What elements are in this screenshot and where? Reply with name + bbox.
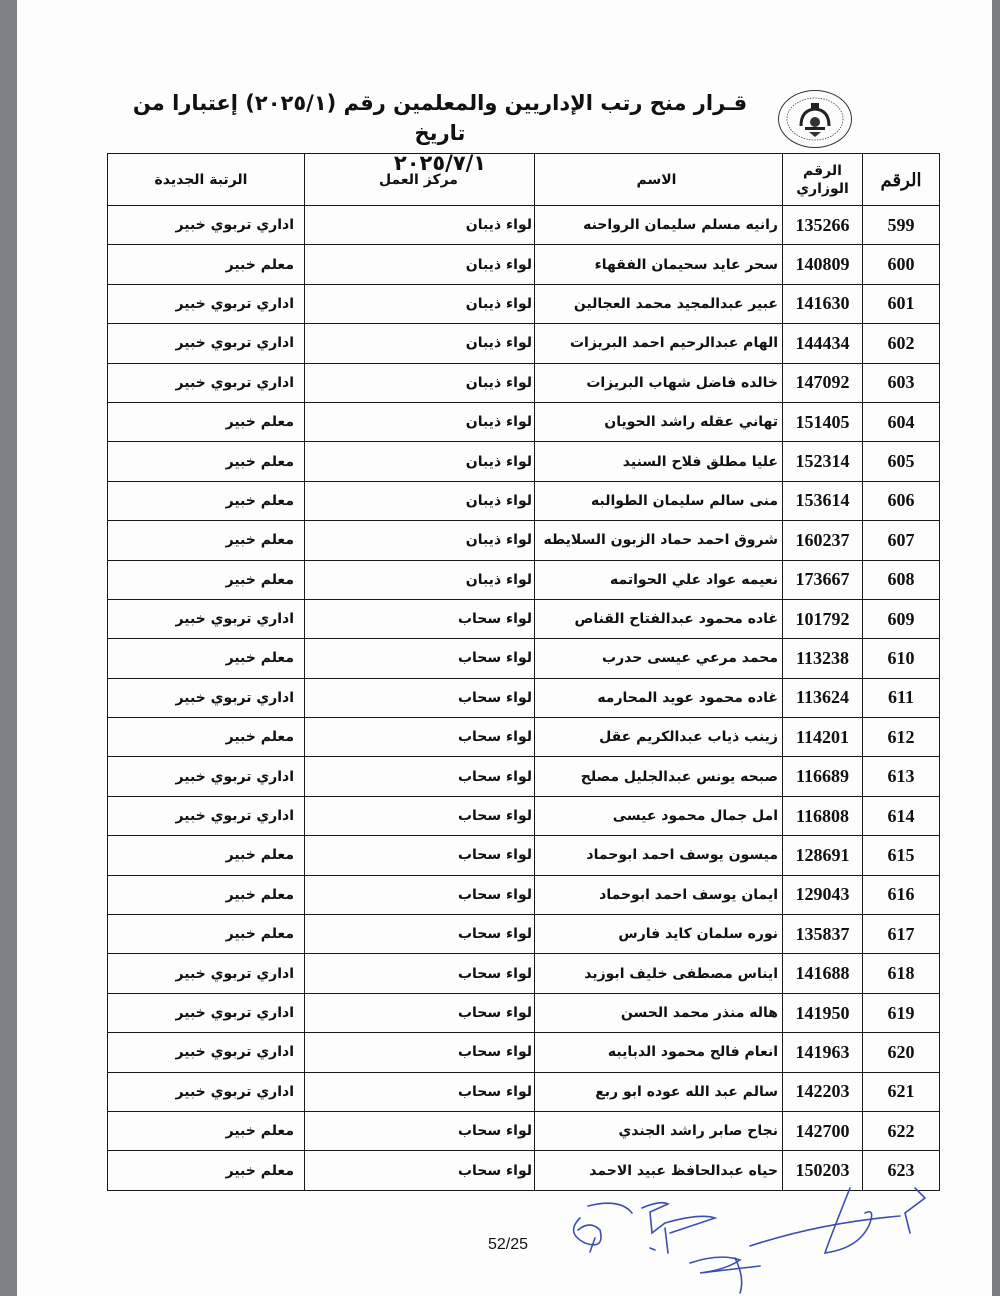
cell-seq: 600 <box>863 245 940 284</box>
cell-work-center: لواء سحاب <box>305 1072 535 1111</box>
cell-name: خالده فاضل شهاب البريزات <box>535 363 783 402</box>
cell-seq: 609 <box>863 599 940 638</box>
cell-new-rank: اداري تربوي خبير <box>108 599 305 638</box>
cell-ministry-no: 113238 <box>783 639 863 678</box>
cell-name: هاله منذر محمد الحسن <box>535 993 783 1032</box>
cell-name: سحر عايد سحيمان الفقهاء <box>535 245 783 284</box>
cell-new-rank: معلم خبير <box>108 1111 305 1150</box>
table-row: 611113624غاده محمود عويد المحارمهلواء سح… <box>108 678 940 717</box>
cell-name: سالم عبد الله عوده ابو ربع <box>535 1072 783 1111</box>
cell-ministry-no: 147092 <box>783 363 863 402</box>
cell-work-center: لواء ذيبان <box>305 206 535 245</box>
title-line-1: قـرار منح رتب الإداريين والمعلمين رقم (٢… <box>133 91 747 145</box>
cell-ministry-no: 140809 <box>783 245 863 284</box>
cell-seq: 602 <box>863 324 940 363</box>
cell-work-center: لواء ذيبان <box>305 481 535 520</box>
cell-name: محمد مرعي عيسى حدرب <box>535 639 783 678</box>
cell-new-rank: معلم خبير <box>108 875 305 914</box>
cell-seq: 614 <box>863 796 940 835</box>
cell-work-center: لواء سحاب <box>305 993 535 1032</box>
cell-work-center: لواء سحاب <box>305 875 535 914</box>
table-row: 610113238محمد مرعي عيسى حدربلواء سحابمعل… <box>108 639 940 678</box>
cell-seq: 610 <box>863 639 940 678</box>
cell-ministry-no: 142203 <box>783 1072 863 1111</box>
table-row: 599135266رانيه مسلم سليمان الرواحنهلواء … <box>108 206 940 245</box>
cell-work-center: لواء سحاب <box>305 954 535 993</box>
cell-work-center: لواء ذيبان <box>305 402 535 441</box>
cell-work-center: لواء ذيبان <box>305 560 535 599</box>
cell-seq: 607 <box>863 521 940 560</box>
cell-ministry-no: 141688 <box>783 954 863 993</box>
cell-seq: 601 <box>863 284 940 323</box>
viewer-frame-left <box>0 0 17 1296</box>
cell-seq: 621 <box>863 1072 940 1111</box>
table-row: 603147092خالده فاضل شهاب البريزاتلواء ذي… <box>108 363 940 402</box>
cell-work-center: لواء سحاب <box>305 1151 535 1190</box>
cell-ministry-no: 153614 <box>783 481 863 520</box>
cell-new-rank: معلم خبير <box>108 481 305 520</box>
cell-name: ميسون يوسف احمد ابوحماد <box>535 836 783 875</box>
table-row: 622142700نجاح صابر راشد الجنديلواء سحابم… <box>108 1111 940 1150</box>
cell-ministry-no: 114201 <box>783 718 863 757</box>
cell-ministry-no: 101792 <box>783 599 863 638</box>
cell-new-rank: معلم خبير <box>108 639 305 678</box>
table-row: 619141950هاله منذر محمد الحسنلواء سحاباد… <box>108 993 940 1032</box>
table-row: 620141963انعام فالح محمود الدبايبهلواء س… <box>108 1033 940 1072</box>
cell-ministry-no: 135837 <box>783 915 863 954</box>
table-row: 613116689صبحه يونس عبدالجليل مصلحلواء سح… <box>108 757 940 796</box>
cell-seq: 599 <box>863 206 940 245</box>
cell-work-center: لواء سحاب <box>305 639 535 678</box>
cell-ministry-no: 160237 <box>783 521 863 560</box>
cell-new-rank: اداري تربوي خبير <box>108 206 305 245</box>
table-row: 616129043ايمان يوسف احمد ابوحمادلواء سحا… <box>108 875 940 914</box>
cell-work-center: لواء سحاب <box>305 796 535 835</box>
cell-ministry-no: 135266 <box>783 206 863 245</box>
table-header-row: الرقم الرقم الوزاري الاسم مركز العمل الر… <box>108 154 940 206</box>
cell-ministry-no: 141950 <box>783 993 863 1032</box>
cell-name: عبير عبدالمجيد محمد العجالين <box>535 284 783 323</box>
cell-work-center: لواء ذيبان <box>305 442 535 481</box>
cell-seq: 615 <box>863 836 940 875</box>
cell-new-rank: معلم خبير <box>108 1151 305 1190</box>
cell-ministry-no: 141630 <box>783 284 863 323</box>
cell-name: انعام فالح محمود الدبايبه <box>535 1033 783 1072</box>
cell-new-rank: معلم خبير <box>108 718 305 757</box>
cell-seq: 605 <box>863 442 940 481</box>
cell-name: منى سالم سليمان الطوالبه <box>535 481 783 520</box>
cell-work-center: لواء ذيبان <box>305 521 535 560</box>
cell-name: غاده محمود عويد المحارمه <box>535 678 783 717</box>
cell-ministry-no: 129043 <box>783 875 863 914</box>
cell-seq: 603 <box>863 363 940 402</box>
cell-new-rank: اداري تربوي خبير <box>108 796 305 835</box>
table-row: 612114201زينب ذياب عبدالكريم عقللواء سحا… <box>108 718 940 757</box>
table-row: 602144434الهام عبدالرحيم احمد البريزاتلو… <box>108 324 940 363</box>
cell-new-rank: اداري تربوي خبير <box>108 284 305 323</box>
cell-ministry-no: 141963 <box>783 1033 863 1072</box>
cell-new-rank: اداري تربوي خبير <box>108 324 305 363</box>
table-row: 617135837نوره سلمان كايد فارسلواء سحابمع… <box>108 915 940 954</box>
signatures-icon <box>560 1178 960 1296</box>
cell-ministry-no: 128691 <box>783 836 863 875</box>
cell-new-rank: اداري تربوي خبير <box>108 1072 305 1111</box>
table-row: 614116808امل جمال محمود عيسىلواء سحابادا… <box>108 796 940 835</box>
cell-new-rank: معلم خبير <box>108 245 305 284</box>
cell-ministry-no: 173667 <box>783 560 863 599</box>
emblem-crown-icon <box>785 96 845 142</box>
cell-new-rank: اداري تربوي خبير <box>108 954 305 993</box>
ranks-table: الرقم الرقم الوزاري الاسم مركز العمل الر… <box>107 153 940 1191</box>
cell-new-rank: معلم خبير <box>108 836 305 875</box>
cell-name: تهاني عقله راشد الحويان <box>535 402 783 441</box>
cell-ministry-no: 113624 <box>783 678 863 717</box>
cell-seq: 608 <box>863 560 940 599</box>
cell-name: صبحه يونس عبدالجليل مصلح <box>535 757 783 796</box>
cell-seq: 619 <box>863 993 940 1032</box>
cell-seq: 612 <box>863 718 940 757</box>
cell-work-center: لواء ذيبان <box>305 245 535 284</box>
cell-work-center: لواء ذيبان <box>305 363 535 402</box>
table-row: 606153614منى سالم سليمان الطوالبهلواء ذي… <box>108 481 940 520</box>
cell-seq: 613 <box>863 757 940 796</box>
cell-work-center: لواء سحاب <box>305 1033 535 1072</box>
cell-new-rank: اداري تربوي خبير <box>108 757 305 796</box>
table-row: 604151405تهاني عقله راشد الحويانلواء ذيب… <box>108 402 940 441</box>
header-ministry-no: الرقم الوزاري <box>783 154 863 206</box>
cell-seq: 617 <box>863 915 940 954</box>
cell-new-rank: معلم خبير <box>108 915 305 954</box>
cell-name: امل جمال محمود عيسى <box>535 796 783 835</box>
cell-name: ايمان يوسف احمد ابوحماد <box>535 875 783 914</box>
cell-name: الهام عبدالرحيم احمد البريزات <box>535 324 783 363</box>
cell-new-rank: اداري تربوي خبير <box>108 1033 305 1072</box>
cell-seq: 606 <box>863 481 940 520</box>
cell-name: عليا مطلق فلاح السنيد <box>535 442 783 481</box>
cell-seq: 622 <box>863 1111 940 1150</box>
cell-ministry-no: 151405 <box>783 402 863 441</box>
cell-seq: 616 <box>863 875 940 914</box>
cell-ministry-no: 144434 <box>783 324 863 363</box>
cell-ministry-no: 152314 <box>783 442 863 481</box>
table-row: 608173667نعيمه عواد علي الحواتمهلواء ذيب… <box>108 560 940 599</box>
header-name: الاسم <box>535 154 783 206</box>
cell-work-center: لواء ذيبان <box>305 324 535 363</box>
table-row: 607160237شروق احمد حماد الزبون السلايطهل… <box>108 521 940 560</box>
cell-new-rank: اداري تربوي خبير <box>108 363 305 402</box>
cell-seq: 611 <box>863 678 940 717</box>
cell-new-rank: معلم خبير <box>108 442 305 481</box>
cell-ministry-no: 142700 <box>783 1111 863 1150</box>
viewer-frame-right <box>992 0 1000 1296</box>
cell-work-center: لواء سحاب <box>305 718 535 757</box>
table-row: 605152314عليا مطلق فلاح السنيدلواء ذيبان… <box>108 442 940 481</box>
table-row: 609101792غاده محمود عبدالفتاح القناصلواء… <box>108 599 940 638</box>
cell-work-center: لواء ذيبان <box>305 284 535 323</box>
cell-name: شروق احمد حماد الزبون السلايطه <box>535 521 783 560</box>
cell-work-center: لواء سحاب <box>305 757 535 796</box>
header-seq: الرقم <box>863 154 940 206</box>
cell-new-rank: اداري تربوي خبير <box>108 678 305 717</box>
header-new-rank: الرتبة الجديدة <box>108 154 305 206</box>
page-number: 52/25 <box>488 1236 528 1254</box>
cell-ministry-no: 116689 <box>783 757 863 796</box>
cell-work-center: لواء سحاب <box>305 915 535 954</box>
cell-name: ايناس مصطفى خليف ابوزيد <box>535 954 783 993</box>
cell-seq: 618 <box>863 954 940 993</box>
cell-seq: 620 <box>863 1033 940 1072</box>
header-work-center: مركز العمل <box>305 154 535 206</box>
cell-name: رانيه مسلم سليمان الرواحنه <box>535 206 783 245</box>
table-row: 615128691ميسون يوسف احمد ابوحمادلواء سحا… <box>108 836 940 875</box>
cell-name: غاده محمود عبدالفتاح القناص <box>535 599 783 638</box>
cell-work-center: لواء سحاب <box>305 1111 535 1150</box>
cell-new-rank: معلم خبير <box>108 521 305 560</box>
cell-name: نعيمه عواد علي الحواتمه <box>535 560 783 599</box>
cell-work-center: لواء سحاب <box>305 599 535 638</box>
table-row: 621142203سالم عبد الله عوده ابو ربعلواء … <box>108 1072 940 1111</box>
cell-new-rank: معلم خبير <box>108 560 305 599</box>
cell-name: نوره سلمان كايد فارس <box>535 915 783 954</box>
cell-new-rank: معلم خبير <box>108 402 305 441</box>
table-row: 601141630عبير عبدالمجيد محمد العجالينلوا… <box>108 284 940 323</box>
cell-new-rank: اداري تربوي خبير <box>108 993 305 1032</box>
cell-seq: 604 <box>863 402 940 441</box>
table-row: 618141688ايناس مصطفى خليف ابوزيدلواء سحا… <box>108 954 940 993</box>
ministry-emblem-icon <box>778 90 852 148</box>
cell-name: نجاح صابر راشد الجندي <box>535 1111 783 1150</box>
cell-name: زينب ذياب عبدالكريم عقل <box>535 718 783 757</box>
table-row: 600140809سحر عايد سحيمان الفقهاءلواء ذيب… <box>108 245 940 284</box>
cell-work-center: لواء سحاب <box>305 678 535 717</box>
cell-work-center: لواء سحاب <box>305 836 535 875</box>
cell-ministry-no: 116808 <box>783 796 863 835</box>
